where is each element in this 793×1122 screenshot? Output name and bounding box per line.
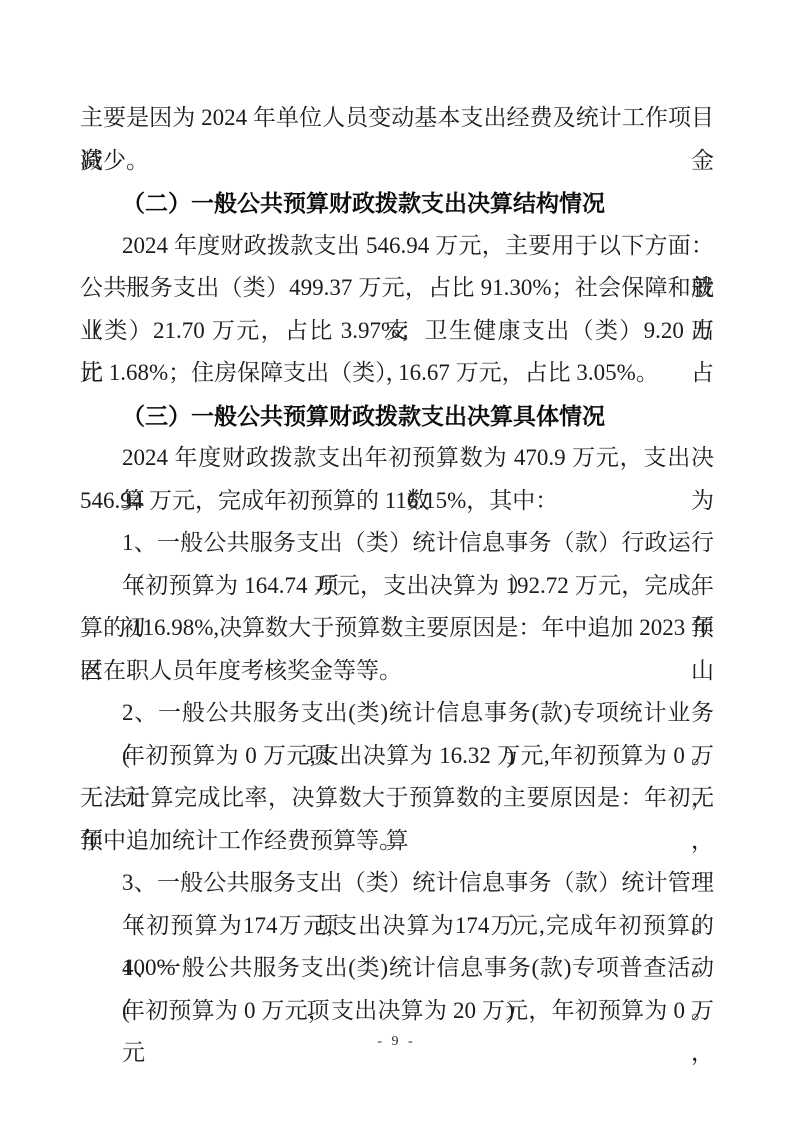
list-item-1: 1、一般公共服务支出（类）统计信息事务（款）行政运行（项）。 bbox=[80, 522, 714, 565]
document-page: 主要是因为 2024 年单位人员变动基本支出经费及统计工作项目资金 减少。 （二… bbox=[0, 0, 793, 1122]
list-item-3: 3、一般公共服务支出（类）统计信息事务（款）统计管理（项）。 bbox=[80, 862, 714, 905]
section-heading-structure: （二）一般公共预算财政拨款支出决算结构情况 bbox=[80, 182, 714, 225]
text-line: 2024 年度财政拨款支出年初预算数为 470.9 万元，支出决算数为 bbox=[80, 437, 714, 480]
text-line: 年初预算为 0 万元,支出决算为 16.32 万元,年初预算为 0 万元， bbox=[80, 735, 714, 778]
text-line: 2024 年度财政拨款支出 546.94 万元，主要用于以下方面：一般 bbox=[80, 225, 714, 268]
page-number: - 9 - bbox=[0, 1034, 793, 1050]
text-line: 算的 116.98%,决算数大于预算数主要原因是：年中追加 2023 年君山 bbox=[80, 607, 714, 650]
text-line: 主要是因为 2024 年单位人员变动基本支出经费及统计工作项目资金 bbox=[80, 97, 714, 140]
text-line: 公共服务支出（类）499.37 万元，占比 91.30%；社会保障和就业支出 bbox=[80, 267, 714, 310]
list-item-4: 4、一般公共服务支出(类)统计信息事务(款)专项普查活动(项)。 bbox=[80, 947, 714, 990]
document-body: 主要是因为 2024 年单位人员变动基本支出经费及统计工作项目资金 减少。 （二… bbox=[80, 97, 714, 1032]
text-line: 年初预算为 0 万元，支出决算为 20 万元，年初预算为 0 万元， bbox=[80, 990, 714, 1033]
list-item-2: 2、一般公共服务支出(类)统计信息事务(款)专项统计业务(项)。 bbox=[80, 692, 714, 735]
text-line: 年初预算为174万元,支出决算为174万元,完成年初预算的100%。 bbox=[80, 905, 714, 948]
text-line: 年初预算为 164.74 万元，支出决算为 192.72 万元，完成年初预 bbox=[80, 565, 714, 608]
text-line: 比 1.68%；住房保障支出（类）16.67 万元，占比 3.05%。 bbox=[80, 352, 714, 395]
text-line: 无法计算完成比率，决算数大于预算数的主要原因是：年初无预算， bbox=[80, 777, 714, 820]
section-heading-detail: （三）一般公共预算财政拨款支出决算具体情况 bbox=[80, 395, 714, 438]
text-line: （类）21.70 万元，占比 3.97%；卫生健康支出（类）9.20 万元，占 bbox=[80, 310, 714, 353]
